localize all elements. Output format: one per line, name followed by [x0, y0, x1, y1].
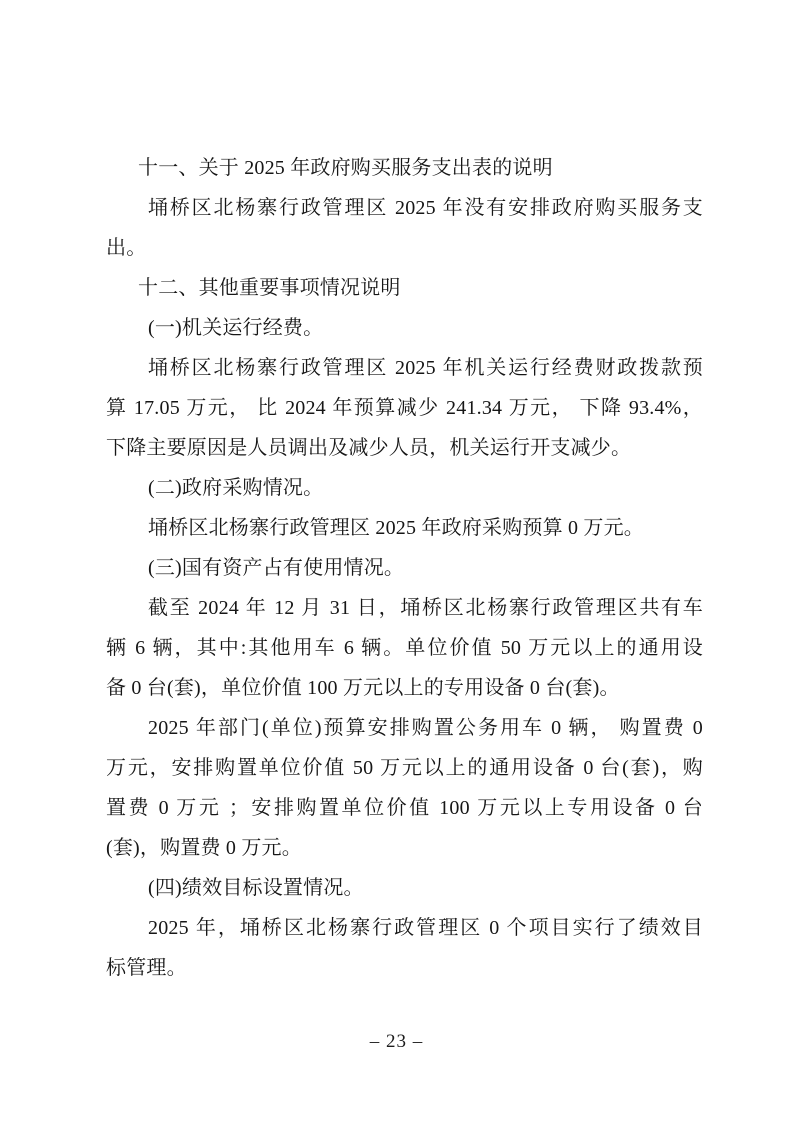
- text-line: 备 0 台(套)，单位价值 100 万元以上的专用设备 0 台(套)。: [106, 668, 703, 708]
- text-line: 算 17.05 万元， 比 2024 年预算减少 241.34 万元， 下降 9…: [106, 388, 703, 428]
- text-line: 辆 6 辆，其中:其他用车 6 辆。单位价值 50 万元以上的通用设: [106, 628, 703, 668]
- text-line: 埇桥区北杨寨行政管理区 2025 年政府采购预算 0 万元。: [106, 508, 703, 548]
- text-line: (套)，购置费 0 万元。: [106, 828, 703, 868]
- document-page: 十一、关于 2025 年政府购买服务支出表的说明埇桥区北杨寨行政管理区 2025…: [0, 0, 793, 1122]
- text-line: 2025 年，埇桥区北杨寨行政管理区 0 个项目实行了绩效目: [106, 908, 703, 948]
- text-line: 标管理。: [106, 948, 703, 988]
- text-line: 埇桥区北杨寨行政管理区 2025 年没有安排政府购买服务支: [106, 188, 703, 228]
- text-line: 埇桥区北杨寨行政管理区 2025 年机关运行经费财政拨款预: [106, 348, 703, 388]
- text-line: 下降主要原因是人员调出及减少人员，机关运行开支减少。: [106, 428, 703, 468]
- text-line: (一)机关运行经费。: [106, 308, 703, 348]
- text-line: 十一、关于 2025 年政府购买服务支出表的说明: [106, 148, 703, 188]
- text-line: (四)绩效目标设置情况。: [106, 868, 703, 908]
- text-line: (二)政府采购情况。: [106, 468, 703, 508]
- text-line: 截至 2024 年 12 月 31 日，埇桥区北杨寨行政管理区共有车: [106, 588, 703, 628]
- page-number: – 23 –: [370, 1031, 424, 1052]
- page-footer: – 23 –: [0, 1028, 793, 1056]
- text-line: 万元，安排购置单位价值 50 万元以上的通用设备 0 台(套)，购: [106, 748, 703, 788]
- text-line: 2025 年部门(单位)预算安排购置公务用车 0 辆， 购置费 0: [106, 708, 703, 748]
- text-line: 十二、其他重要事项情况说明: [106, 268, 703, 308]
- text-line: 出。: [106, 228, 703, 268]
- document-body: 十一、关于 2025 年政府购买服务支出表的说明埇桥区北杨寨行政管理区 2025…: [106, 148, 703, 988]
- text-line: 置费 0 万元 ；安排购置单位价值 100 万元以上专用设备 0 台: [106, 788, 703, 828]
- text-line: (三)国有资产占有使用情况。: [106, 548, 703, 588]
